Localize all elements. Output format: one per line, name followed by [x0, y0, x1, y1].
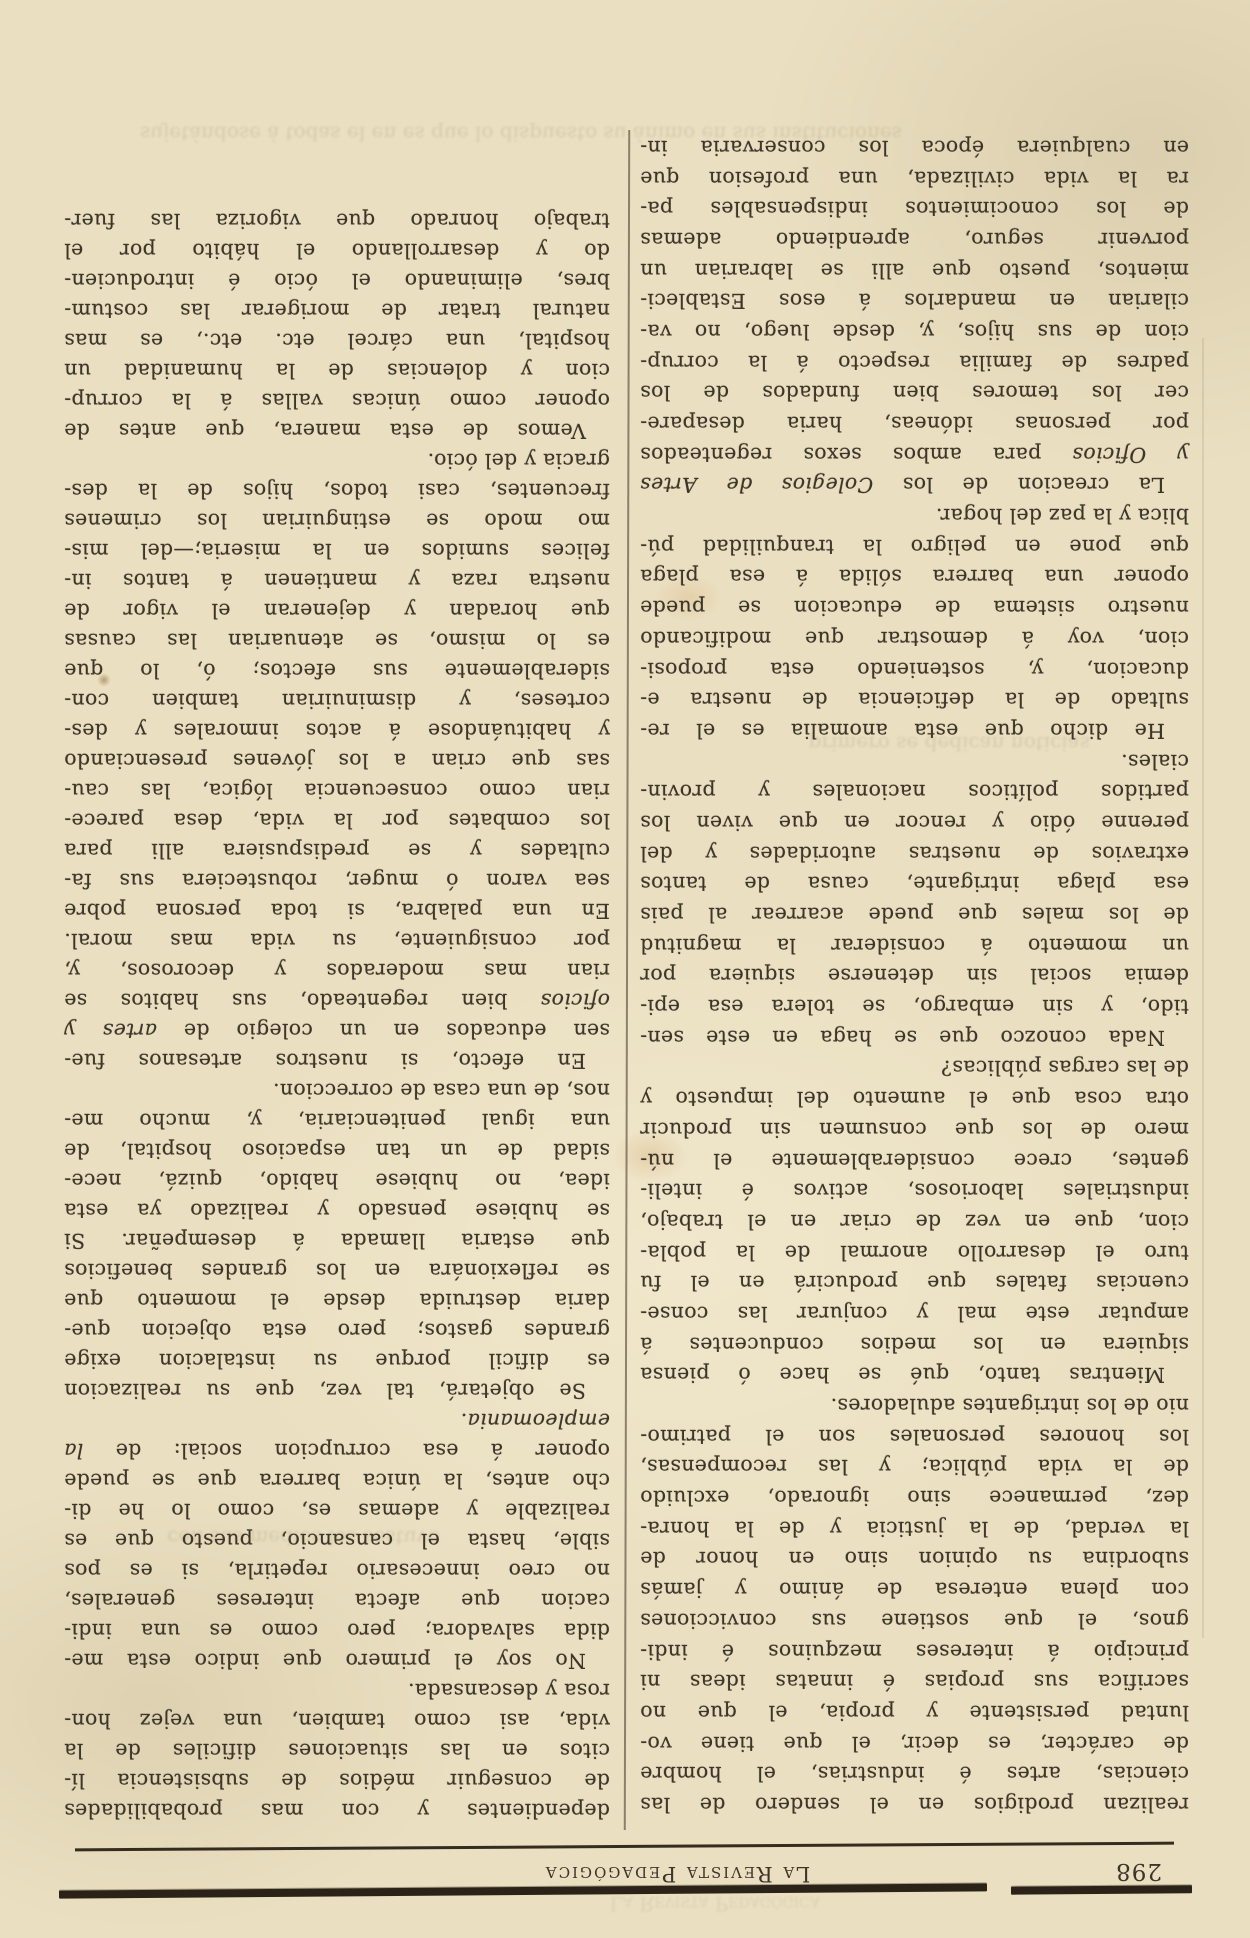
header-rule — [75, 1842, 1174, 1852]
text-line: hospital, una cárcel etc. etc., es mas — [64, 326, 610, 356]
text-line: perenne ódio y rencor en que viven los — [640, 807, 1189, 838]
text-line: sultado de la deficiencia de nuestra e- — [640, 685, 1189, 716]
text-line: No soy el primero que indico esta me- — [64, 1646, 610, 1676]
text-line: porvenir seguro, aprendiendo ademas — [640, 224, 1189, 255]
text-line: mero de los que consumen sin producir — [640, 1114, 1189, 1145]
text-line: la verdad, de la justicia y de la honra- — [640, 1513, 1189, 1544]
text-line: oponer á esa corrupcion social: de la — [64, 1436, 610, 1466]
text-line: sible, hasta el cansancio, puesto que es — [64, 1526, 610, 1556]
text-line: cuencias fatales que producirá en el fu — [640, 1268, 1189, 1299]
journal-title: La Revista Pedagógica — [544, 1862, 810, 1886]
text-line: ra la vida civilizada, una profesion que — [640, 163, 1189, 194]
text-line: de conseguir médios de subsistencia lí- — [64, 1766, 610, 1796]
text-line: una igual penitenciaria, y, mucho me- — [64, 1106, 610, 1136]
text-line: do y desarrollando el hábito por el — [64, 236, 610, 266]
text-line: ciencias, artes é industrias, el hombre — [640, 1759, 1189, 1790]
text-line: bres, eliminando el ócio é introducien- — [64, 266, 610, 296]
text-line: rian como consecuencia lógica, las cau- — [64, 776, 610, 806]
text-line: partidos políticos nacionales y provin- — [640, 777, 1189, 808]
text-line: los honores personales son el patrimo- — [640, 1421, 1189, 1452]
text-line: dez, permanece sino ignorado, excluido — [640, 1482, 1189, 1513]
text-line: por consiguiente, su vida mas moral. — [64, 926, 610, 956]
text-line: Mientras tanto, qué se hace ó piensa — [640, 1360, 1189, 1391]
column-divider-rule — [624, 130, 630, 1830]
text-line: oficios bien regenteado, sus habitos se — [64, 986, 610, 1016]
text-line: siderablemente sus efectos; ó, lo que — [64, 656, 610, 686]
text-line: oponer como únicas vallas á la corrup- — [64, 386, 610, 416]
text-line: nuestra raza y mantienen á tantos in- — [64, 566, 610, 596]
text-line: cacion que afecta intereses generales, — [64, 1586, 610, 1616]
text-line: otra cosa que el aumento del impuesto y — [640, 1084, 1189, 1115]
text-line: padres de familia respecto á la corrup- — [640, 347, 1189, 378]
text-line: cilarian en mandarlos á esos Estableci- — [640, 286, 1189, 317]
text-line: gracia y del ócio. — [64, 446, 610, 476]
text-line: por personas idóneas, haria desapare- — [640, 408, 1189, 439]
text-line: cion y dolencias de la humanidad un — [64, 356, 610, 386]
text-line: sea varon ó muger, robusteciera sus fa- — [64, 866, 610, 896]
text-line: se reflexionára en los grandes beneficio… — [64, 1256, 610, 1286]
text-line: felices sumidos en la miseria;—del mis- — [64, 536, 610, 566]
text-line: subordina su opinion sino en honor de — [640, 1544, 1189, 1575]
text-line: realizable y ademas es, como lo he di- — [64, 1496, 610, 1526]
text-line: gnos, el que sostiene sus convicciones — [640, 1605, 1189, 1636]
text-line: se hubiese pensado y realizado ya esta — [64, 1196, 610, 1226]
text-line: de carácter, es decir, el que tiene vo- — [640, 1728, 1189, 1759]
text-line: rosa y descansada. — [64, 1676, 610, 1706]
text-line: Se objetará, tal vez, que su realizacion — [64, 1376, 610, 1406]
text-line: En efecto, si nuestros artesanos fue- — [64, 1046, 610, 1076]
text-line: dida salvadora; pero como es una indi- — [64, 1616, 610, 1646]
text-line: sacrifica sus propias é innatas ideas ni — [640, 1667, 1189, 1698]
text-line: citos en las situaciones dificiles de la — [64, 1736, 610, 1766]
text-line: blica y la paz del hogar. — [640, 500, 1189, 531]
page-number: 298 — [1115, 1858, 1162, 1884]
text-line: es lo mismo, se atenuarian las causas — [64, 626, 610, 656]
text-line: sen educados en un colegio de artes y — [64, 1016, 610, 1046]
text-line: nio de los intrigantes aduladores. — [640, 1390, 1189, 1421]
text-line: y habituándose á actos inmorales y des- — [64, 716, 610, 746]
text-line: mientos, puesto que alli se labrarian un — [640, 255, 1189, 286]
text-line: es dificil porque su instalacion exige — [64, 1346, 610, 1376]
text-line: Nada conozco que se haga en este sen- — [640, 1022, 1189, 1053]
text-line: luntad persistente y propia, el que no — [640, 1697, 1189, 1728]
text-line: principio á intereses mezquinos é indi- — [640, 1636, 1189, 1667]
text-line: rian mas moderados y decorosos, y, — [64, 956, 610, 986]
text-line: un momento á considerar la magnitud — [640, 930, 1189, 961]
text-line: con plena enteresa de ánimo y jamás — [640, 1575, 1189, 1606]
text-line: natural tratar de morigerar las costum- — [64, 296, 610, 326]
text-line: extravios de nuestras autoridades y del — [640, 838, 1189, 869]
text-line: cer los temores bien fundados de los — [640, 378, 1189, 409]
text-line: sidad de un tan espacioso hospital, de — [64, 1136, 610, 1166]
text-line: oponer una barrera sólida á esa plaga — [640, 562, 1189, 593]
text-line: que pone en peligro la tranquilidad pú- — [640, 531, 1189, 562]
text-line: nuestro sistema de educacion se puede — [640, 593, 1189, 624]
text-line: y Oficios para ambos sexos regenteados — [640, 439, 1189, 470]
text-line: en cualquiera época los conservaria in- — [640, 132, 1189, 163]
text-column-right: dependientes y con mas probabilidadesde … — [64, 206, 610, 1826]
text-line: ciales. — [640, 746, 1189, 777]
text-line: cultades y se predispusiera alli para — [64, 836, 610, 866]
text-line: sas que crian a los jóvenes presenciando — [64, 746, 610, 776]
text-line: de los conocimientos indispensables pa- — [640, 194, 1189, 225]
text-line: cho antes, la única barrera que se puede — [64, 1466, 610, 1496]
bleed-through-title: La Revista Pedagógica — [609, 1892, 820, 1916]
text-column-left: realizan prodigios en el sendero de lasc… — [640, 132, 1189, 1820]
text-line: no creo innecesario repetirla, si es pos — [64, 1556, 610, 1586]
top-rule-left-segment — [1011, 1885, 1192, 1894]
text-line: idea, no hubiese habido, quizá, nece- — [64, 1166, 610, 1196]
scanned-journal-page: 298 La Revista Pedagógica realizan prodi… — [0, 0, 1250, 1938]
text-line: He dicho que esta anomalia es el re- — [640, 715, 1189, 746]
text-line: dependientes y con mas probabilidades — [64, 1796, 610, 1826]
text-line: grandes gastos; pero esta objecion que- — [64, 1316, 610, 1346]
text-line: demia social sin detenerse siquiera por — [640, 961, 1189, 992]
text-line: de las cargas públicas? — [640, 1053, 1189, 1084]
text-line: de los males que puede acarrear al pais — [640, 899, 1189, 930]
text-line: realizan prodigios en el sendero de las — [640, 1789, 1189, 1820]
text-line: daria destruida desde el momento que — [64, 1286, 610, 1316]
text-line: cion, que en vez de criar en el trabajo, — [640, 1206, 1189, 1237]
text-line: esa plaga intrigante, causa de tantos — [640, 869, 1189, 900]
text-line: trabajo honrado que vigoriza las fuer- — [64, 206, 610, 236]
text-line: de la vida pública; y las recompensas, — [640, 1452, 1189, 1483]
text-line: gentes, crece considerablemente el nú- — [640, 1145, 1189, 1176]
text-line: empleomania. — [64, 1406, 610, 1436]
text-line: frecuentes, casi todos, hijos de la des- — [64, 476, 610, 506]
text-line: vida, asi como tambien, una vejez hon- — [64, 1706, 610, 1736]
text-line: ducacion, y, sosteniendo esta proposi- — [640, 654, 1189, 685]
page-header: 298 La Revista Pedagógica — [0, 1852, 1250, 1886]
text-line: mo modo se estinguirian los crimenes — [64, 506, 610, 536]
text-line: corteses, y disminuirian tambien con- — [64, 686, 610, 716]
text-line: siquiera en los medios conducentes á — [640, 1329, 1189, 1360]
text-line: tido, y sin embargo, se tolera esa epi- — [640, 991, 1189, 1022]
text-line: nos, de una casa de correccion. — [64, 1076, 610, 1106]
paper-crease — [1202, 338, 1204, 1638]
text-line: turo el desarrollo anormal de la pobla- — [640, 1237, 1189, 1268]
text-line: los combates por la vida, desa parece- — [64, 806, 610, 836]
text-line: La creacion de los Colegios de Artes — [640, 470, 1189, 501]
text-line: cion de sus hijos, y, desde luego, no va… — [640, 316, 1189, 347]
text-line: En una palabra, si toda persona pobre — [64, 896, 610, 926]
text-line: Vemos de esta manera, que antes de — [64, 416, 610, 446]
text-line: industriales laboriosos, activos é intel… — [640, 1176, 1189, 1207]
text-line: amputar este mal y conjurar las conse- — [640, 1298, 1189, 1329]
text-line: que estaria llamada á desempeñar. Si — [64, 1226, 610, 1256]
text-line: cion, voy á demostrar que modificando — [640, 623, 1189, 654]
text-line: que horadan y dejeneran el vigor de — [64, 596, 610, 626]
